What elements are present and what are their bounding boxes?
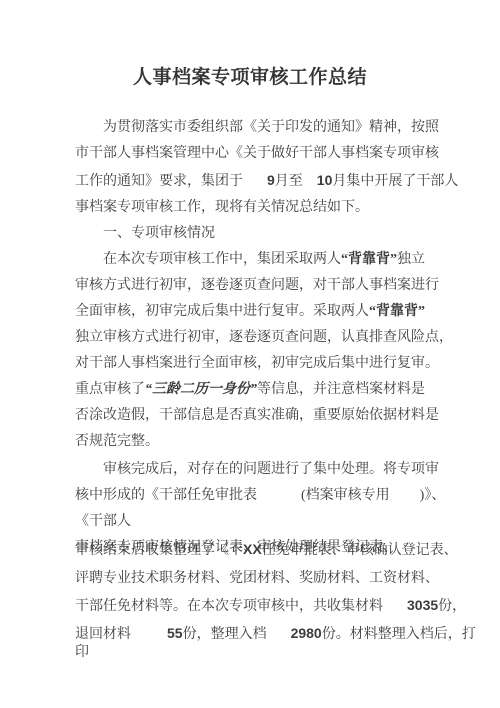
document-body: 为贯彻落实市委组织部《关于印发的通知》精神，按照 市干部人事档案管理中心《关于做… [75,115,495,660]
document-page: 人事档案专项审核工作总结 为贯彻落实市委组织部《关于印发的通知》精神，按照 市干… [0,0,500,708]
text-segment: 月集中开展了干部人 [332,174,458,189]
text-segment: 全面审核，初审完成后集中进行复审。采取两人 [75,304,369,319]
text-line: 重点审核了“三龄二历一身份”等信息，并注意档案材料是 [75,377,495,403]
text-segment: 等信息，并注意档案材料是 [257,382,425,397]
document-title: 人事档案专项审核工作总结 [0,62,500,89]
blank-placeholder [257,498,301,499]
text-line: 退回材料55份，整理入档2980份。材料整理入档后，打 [75,620,495,648]
paragraph-2: 在本次专项审核工作中，集团采取两人“背靠背”独立 审核方式进行初审，逐卷逐页查问… [75,247,495,455]
text-segment: )》、 [420,488,446,503]
filled-number-collected: 3035 [407,597,438,613]
text-line: 干部任免材料等。在本次专项审核中，共收集材料3035份， [75,592,495,620]
emphasis-three-ages: “三龄二历一身份” [145,382,257,397]
text-segment: 任免审批表、审核确认登记表、 [262,543,458,558]
text-line: 核中形成的《干部任免审批表(档案审核专用)》、 [75,483,495,509]
emphasis-back-to-back: “背靠背” [341,252,397,267]
overlap-text-layer-2: 审核结束后收集整理了《干XX任免审批表、审核确认登记表、 [75,536,458,564]
filled-number-filed: 2980 [291,625,322,641]
paragraph-1: 为贯彻落实市委组织部《关于印发的通知》精神，按照 市干部人事档案管理中心《关于做… [75,115,495,221]
filled-number-month-start: 9 [267,172,275,188]
text-segment: (档案审核专用 [301,488,390,503]
filled-number-returned: 55 [167,625,183,641]
filled-number-month-end: 10 [317,172,333,188]
text-segment: 重点审核了 [75,382,145,397]
text-segment: 月至 [275,174,303,189]
text-line: 独立审核方式进行初审，逐卷逐页查问题，认真排查风险点， [75,325,495,351]
text-line: 评聘专业技术职务材料、党团材料、奖励材料、工资材料、 [75,566,495,592]
text-segment: 干部任免材料等。在本次专项审核中，共收集材料 [75,599,383,614]
text-segment: 工作的通知》要求，集团于 [75,174,243,189]
section-heading-1: 一、专项审核情况 [75,221,495,247]
text-segment: 独立 [397,252,425,267]
blank-placeholder [383,609,407,610]
text-line: 市干部人事档案管理中心《关于做好干部人事档案专项审核 [75,141,495,167]
text-line: 为贯彻落实市委组织部《关于印发的通知》精神，按照 [75,115,495,141]
garbled-overlap-line: 事档案专项审核情况登记表、审核处理结果登记表、 审核结束后收集整理了《干XX任免… [75,535,495,561]
text-line: 审核完成后，对存在的问题进行了集中处理。将专项审 [75,457,495,483]
text-segment: 份，整理入档 [183,627,267,642]
text-segment: 份， [438,599,466,614]
blank-placeholder [390,498,420,499]
text-line: 工作的通知》要求，集团于9月至10月集中开展了干部人 [75,167,495,195]
text-segment: 份。材料整理入档后，打 [322,627,476,642]
text-segment: 退回材料 [75,627,131,642]
text-segment: 审核结束后收集整理了《干 [75,543,243,558]
emphasis-back-to-back: “背靠背” [369,304,425,319]
text-segment: 核中形成的《干部任免审批表 [75,488,257,503]
blank-placeholder [303,184,317,185]
text-segment: 在本次专项审核工作中，集团采取两人 [103,252,341,267]
text-line: 对干部人事档案进行全面审核，初审完成后集中进行复审。 [75,351,495,377]
filled-placeholder-xx: XX [243,541,262,557]
text-line: 审核方式进行初审，逐卷逐页查问题，对干部人事档案进行 [75,273,495,299]
text-line: 在本次专项审核工作中，集团采取两人“背靠背”独立 [75,247,495,273]
text-line: 《干部人 [75,509,495,535]
text-line: 否涂改造假，干部信息是否真实准确，重要原始依据材料是 [75,403,495,429]
blank-placeholder [267,637,291,638]
paragraph-3: 审核完成后，对存在的问题进行了集中处理。将专项审 核中形成的《干部任免审批表(档… [75,457,495,660]
text-line: 否规范完整。 [75,429,495,455]
blank-placeholder [131,637,167,638]
text-line: 事档案专项审核工作，现将有关情况总结如下。 [75,195,495,221]
blank-placeholder [243,184,267,185]
text-line: 全面审核，初审完成后集中进行复审。采取两人“背靠背” [75,299,495,325]
